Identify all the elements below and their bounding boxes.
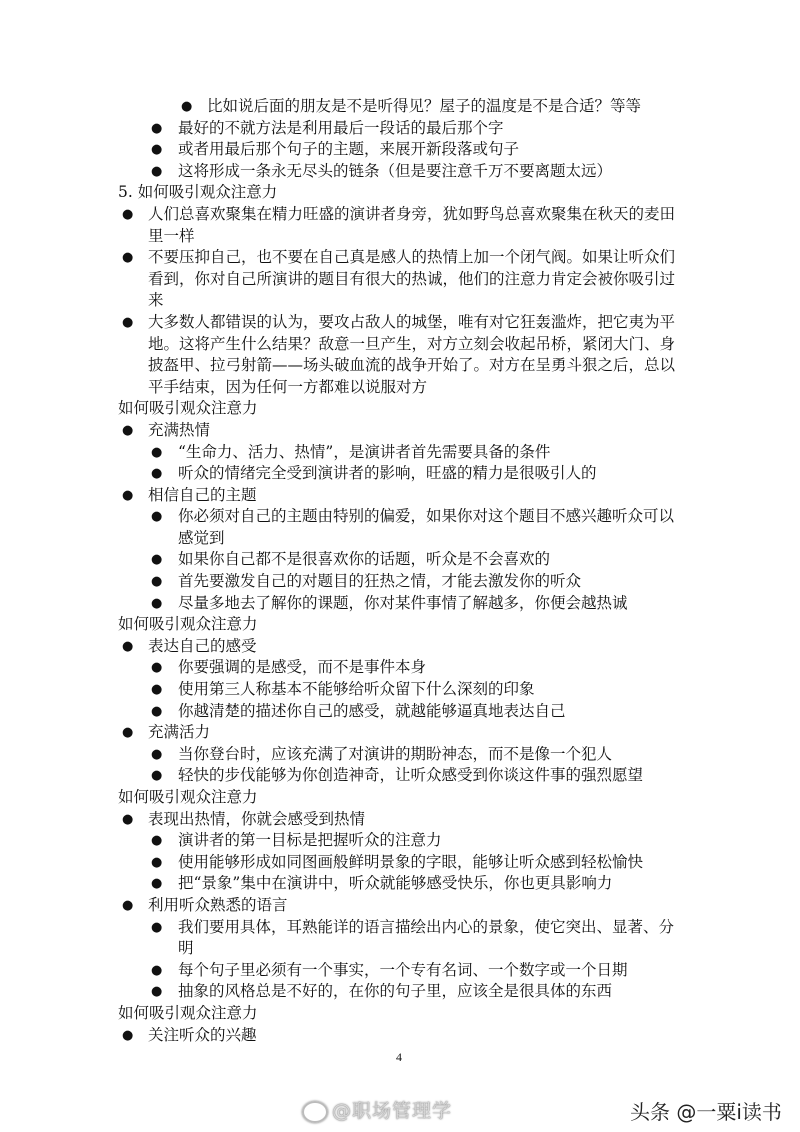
list-item: ●相信自己的主题 (118, 485, 678, 507)
list-item-text: 如何吸引观众注意力 (118, 615, 258, 633)
list-item-text: 不要压抑自己，也不要在自己真是感人的热情上加一个闭气阀。如果让听众们看到，你对自… (148, 248, 675, 309)
bullet-icon: ● (122, 420, 133, 442)
list-item: ●或者用最后那个句子的主题，来展开新段落或句子 (118, 139, 678, 161)
section-heading: 5. 如何吸引观众注意力 (118, 182, 678, 204)
section-heading: 如何吸引观众注意力 (118, 398, 678, 420)
list-item: ●听众的情绪完全受到演讲者的影响，旺盛的精力是很吸引人的 (118, 463, 678, 485)
bullet-icon: ● (151, 139, 162, 161)
list-item-text: 你要强调的是感受，而不是事件本身 (178, 658, 426, 676)
bullet-icon: ● (151, 830, 162, 852)
list-item: ●人们总喜欢聚集在精力旺盛的演讲者身旁，犹如野鸟总喜欢聚集在秋天的麦田里一样 (118, 204, 678, 247)
list-item-text: 把“景象”集中在演讲中，听众就能够感受快乐，你也更具影响力 (178, 874, 612, 892)
list-item-text: 尽量多地去了解你的课题，你对某件事情了解越多，你便会越热诚 (178, 594, 628, 612)
list-item-text: 如何吸引观众注意力 (118, 788, 258, 806)
list-item-text: 当你登台时，应该充满了对演讲的期盼神态，而不是像一个犯人 (178, 745, 612, 763)
bullet-icon: ● (122, 895, 133, 917)
list-item: ●这将形成一条永无尽头的链条（但是要注意千万不要离题太远） (118, 161, 678, 183)
bullet-icon: ● (151, 744, 162, 766)
list-item-text: 如何吸引观众注意力 (118, 399, 258, 417)
weibo-logo-icon (302, 1101, 328, 1123)
bullet-icon: ● (151, 161, 162, 183)
bullet-icon: ● (122, 247, 133, 269)
watermark-weibo: @职场管理学 (302, 1096, 452, 1123)
page-number: 4 (396, 1050, 402, 1065)
list-item-text: 人们总喜欢聚集在精力旺盛的演讲者身旁，犹如野鸟总喜欢聚集在秋天的麦田里一样 (148, 205, 675, 245)
list-item-text: 表现出热情，你就会感受到热情 (148, 810, 365, 828)
list-item: ●“生命力、活力、热情”，是演讲者首先需要具备的条件 (118, 442, 678, 464)
list-item-text: 相信自己的主题 (148, 486, 257, 504)
list-item-text: 最好的不就方法是利用最后一段话的最后那个字 (178, 119, 504, 137)
list-item-text: 使用能够形成如同图画般鲜明景象的字眼，能够让听众感到轻松愉快 (178, 853, 643, 871)
bullet-icon: ● (151, 873, 162, 895)
bullet-icon: ● (122, 636, 133, 658)
list-item-text: 抽象的风格总是不好的，在你的句子里，应该全是很具体的东西 (178, 982, 612, 1000)
list-item-text: 如何吸引观众注意力 (118, 1004, 258, 1022)
list-item-text: 或者用最后那个句子的主题，来展开新段落或句子 (178, 140, 519, 158)
list-item-text: 5. 如何吸引观众注意力 (118, 183, 277, 201)
list-item: ●尽量多地去了解你的课题，你对某件事情了解越多，你便会越热诚 (118, 593, 678, 615)
watermark-weibo-text: @职场管理学 (332, 1100, 452, 1122)
section-heading: 如何吸引观众注意力 (118, 614, 678, 636)
list-item: ●我们要用具体，耳熟能详的语言描绘出内心的景象，使它突出、显著、分明 (118, 917, 678, 960)
list-item: ●抽象的风格总是不好的，在你的句子里，应该全是很具体的东西 (118, 981, 678, 1003)
list-item-text: 利用听众熟悉的语言 (148, 896, 288, 914)
list-item-text: 演讲者的第一目标是把握听众的注意力 (178, 831, 442, 849)
bullet-icon: ● (122, 722, 133, 744)
list-item-text: 首先要激发自己的对题目的狂热之情，才能去激发你的听众 (178, 572, 581, 590)
bullet-icon: ● (122, 204, 133, 226)
list-item: ●使用能够形成如同图画般鲜明景象的字眼，能够让听众感到轻松愉快 (118, 852, 678, 874)
bullet-icon: ● (181, 96, 192, 118)
list-item: ●演讲者的第一目标是把握听众的注意力 (118, 830, 678, 852)
document-page: ●比如说后面的朋友是不是听得见？屋子的温度是不是合适？等等●最好的不就方法是利用… (0, 0, 800, 1132)
list-item: ●轻快的步伐能够为你创造神奇，让听众感受到你谈这件事的强烈愿望 (118, 765, 678, 787)
bullet-icon: ● (151, 701, 162, 723)
list-item-text: 每个句子里必须有一个事实，一个专有名词、一个数字或一个日期 (178, 961, 628, 979)
bullet-icon: ● (151, 679, 162, 701)
bullet-icon: ● (122, 485, 133, 507)
list-item-text: 关注听众的兴趣 (148, 1026, 257, 1044)
list-item: ●关注听众的兴趣 (118, 1025, 678, 1047)
bullet-icon: ● (151, 960, 162, 982)
bullet-icon: ● (122, 312, 133, 334)
bullet-icon: ● (151, 463, 162, 485)
list-item: ●利用听众熟悉的语言 (118, 895, 678, 917)
document-body: ●比如说后面的朋友是不是听得见？屋子的温度是不是合适？等等●最好的不就方法是利用… (118, 96, 678, 1046)
list-item: ●比如说后面的朋友是不是听得见？屋子的温度是不是合适？等等 (118, 96, 678, 118)
list-item: ●首先要激发自己的对题目的狂热之情，才能去激发你的听众 (118, 571, 678, 593)
list-item-text: 你必须对自己的主题由特别的偏爱，如果你对这个题目不感兴趣听众可以感觉到 (178, 507, 674, 547)
list-item-text: 比如说后面的朋友是不是听得见？屋子的温度是不是合适？等等 (207, 97, 641, 115)
bullet-icon: ● (151, 593, 162, 615)
bullet-icon: ● (151, 765, 162, 787)
bullet-icon: ● (122, 809, 133, 831)
bullet-icon: ● (122, 1025, 133, 1047)
bullet-icon: ● (151, 571, 162, 593)
section-heading: 如何吸引观众注意力 (118, 1003, 678, 1025)
list-item: ●不要压抑自己，也不要在自己真是感人的热情上加一个闭气阀。如果让听众们看到，你对… (118, 247, 678, 312)
list-item-text: 表达自己的感受 (148, 637, 257, 655)
watermark-toutiao: 头条 @一粟i读书 (630, 1096, 782, 1125)
list-item: ●你越清楚的描述你自己的感受，就越能够逼真地表达自己 (118, 701, 678, 723)
list-item-text: 大多数人都错误的认为，要攻占敌人的城堡，唯有对它狂轰滥炸，把它夷为平地。这将产生… (148, 313, 675, 396)
list-item: ●你必须对自己的主题由特别的偏爱，如果你对这个题目不感兴趣听众可以感觉到 (118, 506, 678, 549)
bullet-icon: ● (151, 506, 162, 528)
list-item: ●充满热情 (118, 420, 678, 442)
list-item: ●表现出热情，你就会感受到热情 (118, 809, 678, 831)
list-item-text: 轻快的步伐能够为你创造神奇，让听众感受到你谈这件事的强烈愿望 (178, 766, 643, 784)
list-item: ●大多数人都错误的认为，要攻占敌人的城堡，唯有对它狂轰滥炸，把它夷为平地。这将产… (118, 312, 678, 398)
list-item: ●每个句子里必须有一个事实，一个专有名词、一个数字或一个日期 (118, 960, 678, 982)
list-item-text: 充满活力 (148, 723, 210, 741)
bullet-icon: ● (151, 549, 162, 571)
bullet-icon: ● (151, 442, 162, 464)
list-item-text: 你越清楚的描述你自己的感受，就越能够逼真地表达自己 (178, 702, 566, 720)
list-item: ●最好的不就方法是利用最后一段话的最后那个字 (118, 118, 678, 140)
list-item-text: 如果你自己都不是很喜欢你的话题，听众是不会喜欢的 (178, 550, 550, 568)
list-item-text: 充满热情 (148, 421, 210, 439)
bullet-icon: ● (151, 118, 162, 140)
list-item: ●当你登台时，应该充满了对演讲的期盼神态，而不是像一个犯人 (118, 744, 678, 766)
list-item-text: “生命力、活力、热情”，是演讲者首先需要具备的条件 (178, 443, 550, 461)
list-item-text: 使用第三人称基本不能够给听众留下什么深刻的印象 (178, 680, 535, 698)
list-item: ●如果你自己都不是很喜欢你的话题，听众是不会喜欢的 (118, 549, 678, 571)
list-item: ●把“景象”集中在演讲中，听众就能够感受快乐，你也更具影响力 (118, 873, 678, 895)
list-item: ●使用第三人称基本不能够给听众留下什么深刻的印象 (118, 679, 678, 701)
list-item: ●你要强调的是感受，而不是事件本身 (118, 657, 678, 679)
list-item-text: 我们要用具体，耳熟能详的语言描绘出内心的景象，使它突出、显著、分明 (178, 918, 674, 958)
list-item-text: 这将形成一条永无尽头的链条（但是要注意千万不要离题太远） (178, 162, 612, 180)
bullet-icon: ● (151, 917, 162, 939)
bullet-icon: ● (151, 657, 162, 679)
bullet-icon: ● (151, 852, 162, 874)
list-item-text: 听众的情绪完全受到演讲者的影响，旺盛的精力是很吸引人的 (178, 464, 597, 482)
section-heading: 如何吸引观众注意力 (118, 787, 678, 809)
bullet-icon: ● (151, 981, 162, 1003)
list-item: ●表达自己的感受 (118, 636, 678, 658)
list-item: ●充满活力 (118, 722, 678, 744)
